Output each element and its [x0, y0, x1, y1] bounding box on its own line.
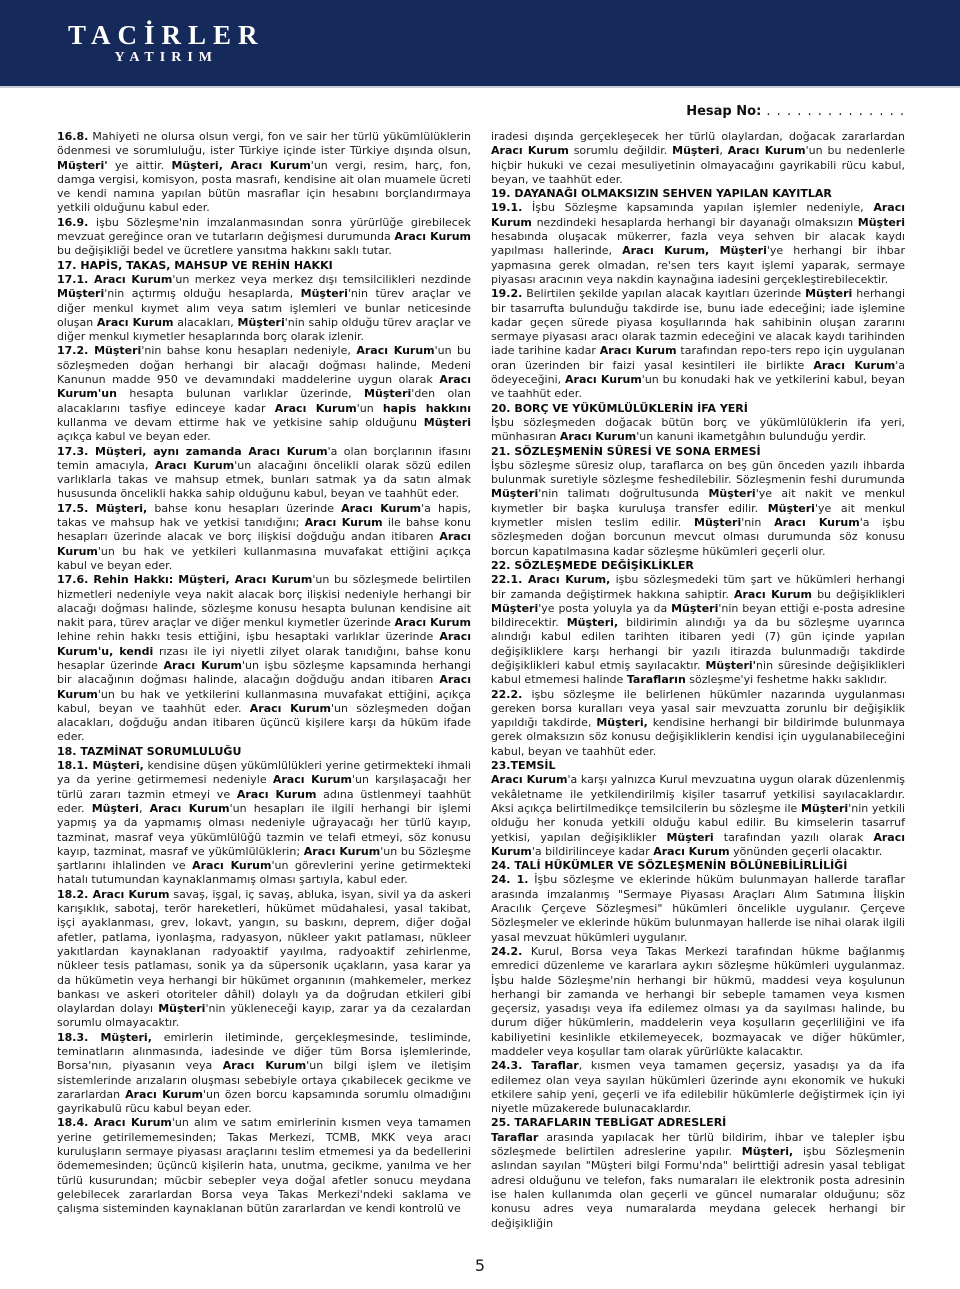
page-number: 5 [0, 1256, 960, 1275]
paragraph: 18.1. Müşteri, kendisine düşen yükümlülü… [57, 759, 471, 888]
paragraph: 19.2. Belirtilen şekilde yapılan alacak … [491, 287, 905, 401]
paragraph: 17.6. Rehin Hakkı: Müşteri, Aracı Kurum'… [57, 573, 471, 745]
company-logo: TACİRLER YATIRIM [68, 20, 265, 65]
paragraph: 22.2. işbu sözleşme ile belirlenen hüküm… [491, 688, 905, 759]
logo-title: TACİRLER [68, 20, 265, 50]
paragraph: 23.TEMSİL [491, 759, 905, 773]
right-column: iradesi dışında gerçekleşecek her türlü … [491, 130, 905, 1231]
paragraph: 19. DAYANAĞI OLMAKSIZIN SEHVEN YAPILAN K… [491, 187, 905, 201]
paragraph: 19.1. İşbu Sözleşme kapsamında yapılan i… [491, 201, 905, 287]
paragraph: 24.2. Kurul, Borsa veya Takas Merkezi ta… [491, 945, 905, 1059]
paragraph: Aracı Kurum'a karşı yalnızca Kurul mevzu… [491, 773, 905, 859]
header-band: TACİRLER YATIRIM [0, 0, 960, 88]
paragraph: 17.5. Müşteri, bahse konu hesapları üzer… [57, 502, 471, 573]
paragraph: iradesi dışında gerçekleşecek her türlü … [491, 130, 905, 187]
account-number-label: Hesap No: [686, 104, 761, 119]
document-body: 16.8. Mahiyeti ne olursa olsun vergi, fo… [57, 130, 905, 1231]
paragraph: 17.3. Müşteri, aynı zamanda Aracı Kurum'… [57, 445, 471, 502]
paragraph: 18.4. Aracı Kurum'un alım ve satım emirl… [57, 1116, 471, 1216]
account-number-row: Hesap No: . . . . . . . . . . . . . . [686, 104, 905, 119]
paragraph: 16.9. işbu Sözleşme'nin imzalanmasından … [57, 216, 471, 259]
paragraph: 17. HAPİS, TAKAS, MAHSUP VE REHİN HAKKI [57, 259, 471, 273]
account-number-blank: . . . . . . . . . . . . . . [761, 104, 905, 119]
paragraph: 21. SÖZLEŞMENİN SÜRESİ VE SONA ERMESİ [491, 445, 905, 459]
paragraph: Taraflar arasında yapılacak her türlü bi… [491, 1131, 905, 1231]
paragraph: 20. BORÇ VE YÜKÜMLÜLÜKLERİN İFA YERİ [491, 402, 905, 416]
paragraph: 17.1. Aracı Kurum'un merkez veya merkez … [57, 273, 471, 344]
paragraph: 17.2. Müşteri'nin bahse konu hesapları n… [57, 344, 471, 444]
paragraph: 16.8. Mahiyeti ne olursa olsun vergi, fo… [57, 130, 471, 216]
paragraph: 22.1. Aracı Kurum, işbu sözleşmedeki tüm… [491, 573, 905, 687]
paragraph: İşbu sözleşmeden doğacak bütün borç ve y… [491, 416, 905, 445]
paragraph: 24.3. Taraflar, kısmen veya tamamen geçe… [491, 1059, 905, 1116]
paragraph: 18. TAZMİNAT SORUMLULUĞU [57, 745, 471, 759]
paragraph: 22. SÖZLEŞMEDE DEĞİŞİKLİKLER [491, 559, 905, 573]
logo-subtitle: YATIRIM [68, 50, 265, 65]
paragraph: 25. TARAFLARIN TEBLİGAT ADRESLERİ [491, 1116, 905, 1130]
left-column: 16.8. Mahiyeti ne olursa olsun vergi, fo… [57, 130, 471, 1231]
paragraph: 18.2. Aracı Kurum savaş, işgal, iç savaş… [57, 888, 471, 1031]
paragraph: İşbu sözleşme süresiz olup, taraflarca o… [491, 459, 905, 559]
paragraph: 24. 1. İşbu sözleşme ve eklerinde hüküm … [491, 873, 905, 944]
paragraph: 18.3. Müşteri, emirlerin iletiminde, ger… [57, 1031, 471, 1117]
paragraph: 24. TALİ HÜKÜMLER VE SÖZLEŞMENİN BÖLÜNEB… [491, 859, 905, 873]
